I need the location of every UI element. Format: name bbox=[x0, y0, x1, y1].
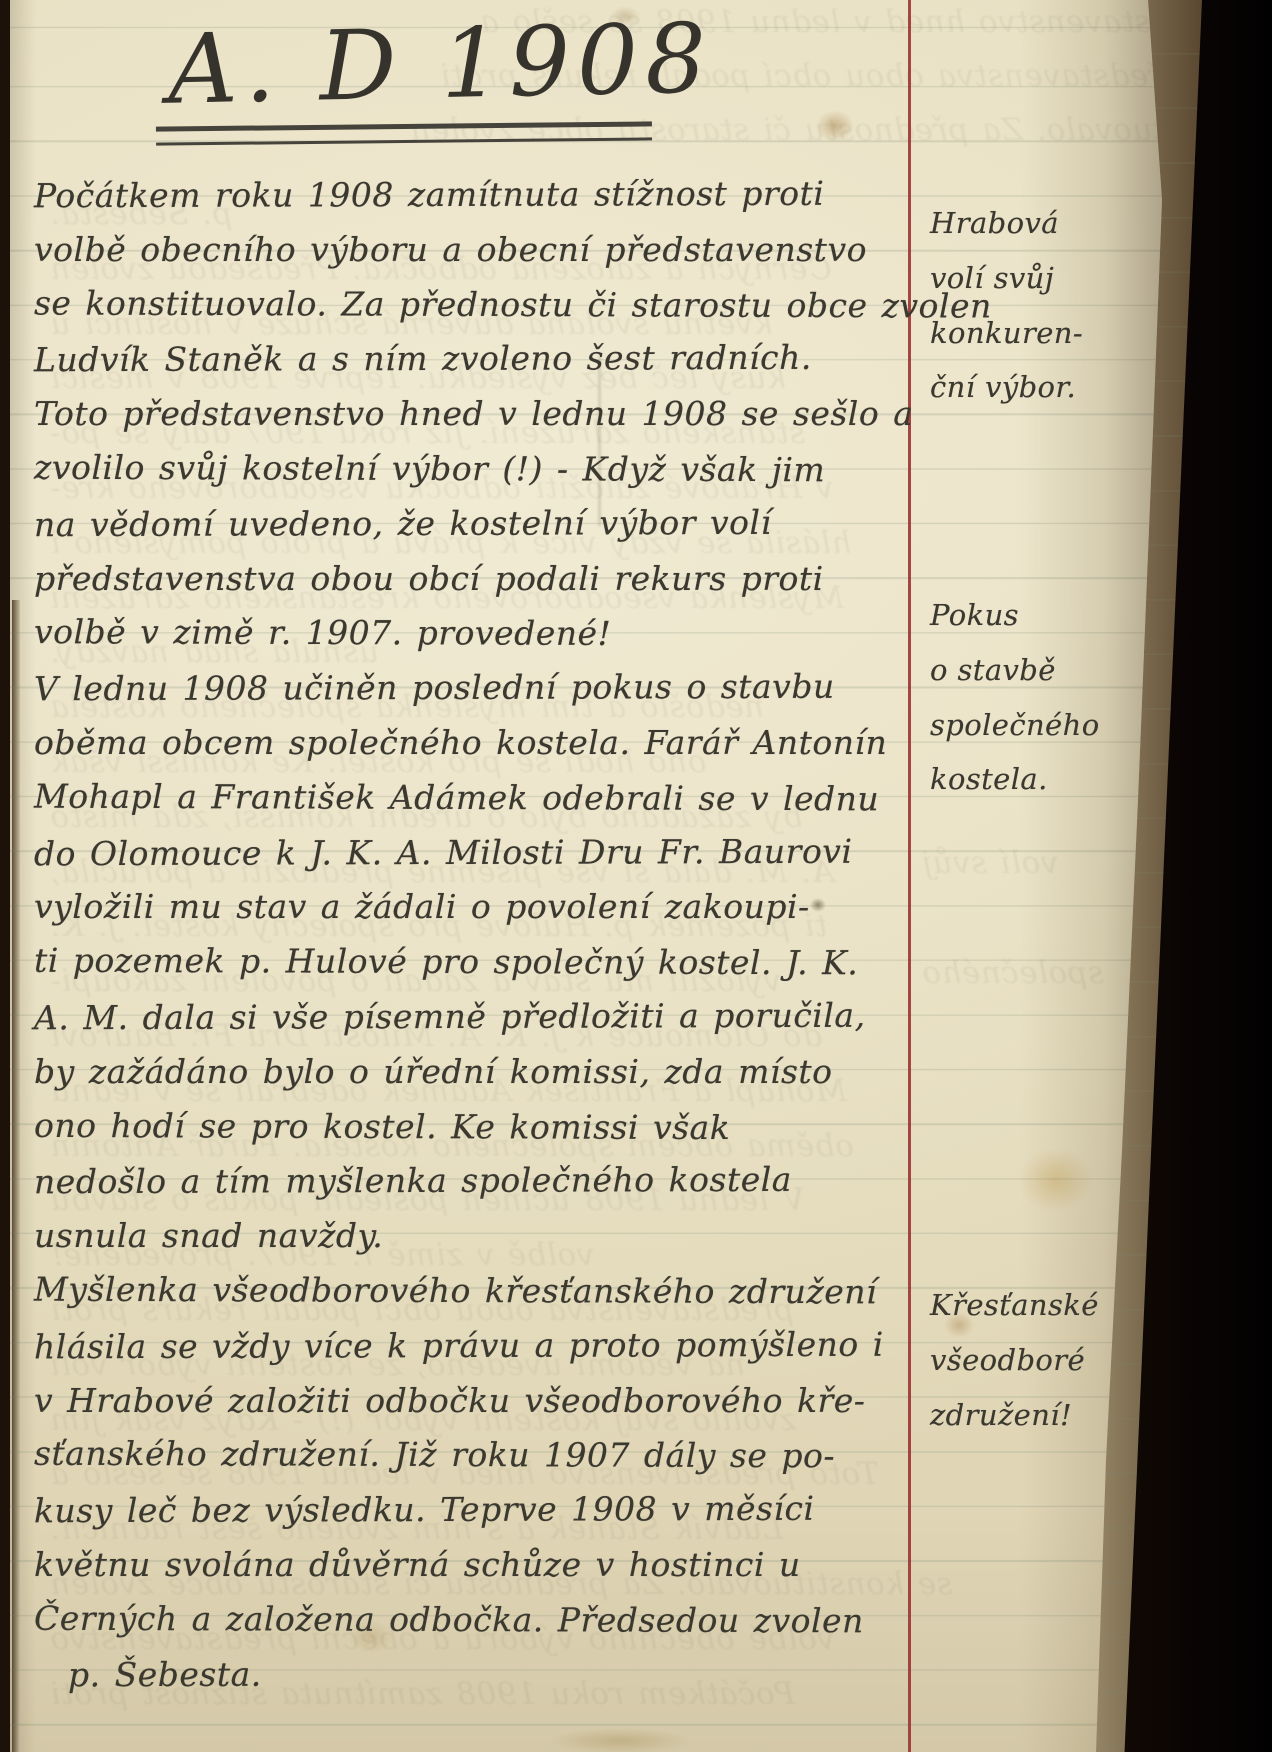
margin-note-line: združení! bbox=[930, 1388, 1072, 1443]
margin-note: Pokuso stavběspolečnéhokostela. bbox=[930, 588, 1160, 807]
manuscript-line: se konstituovalo. Za přednostu či staros… bbox=[34, 276, 992, 334]
chronicle-page: Toto představenstvo hned v lednu 1908 se… bbox=[10, 0, 1172, 1752]
scanned-chronicle-page: Toto představenstvo hned v lednu 1908 se… bbox=[0, 0, 1272, 1752]
margin-note-line: o stavbě bbox=[930, 643, 1056, 698]
margin-note-line: kostela. bbox=[930, 752, 1048, 807]
manuscript-line: oběma obcem společného kostela. Farář An… bbox=[34, 716, 887, 771]
manuscript-line: Ludvík Staněk a s ním zvoleno šest radní… bbox=[34, 331, 812, 388]
margin-note-line: společného bbox=[930, 698, 1100, 753]
manuscript-line: nedošlo a tím myšlenka společného kostel… bbox=[34, 1153, 792, 1210]
manuscript-line: zvolilo svůj kostelní výbor (!) - Když v… bbox=[34, 441, 825, 498]
manuscript-line: by zažádáno bylo o úřední komissi, zda m… bbox=[34, 1045, 833, 1100]
binding-shadow bbox=[10, 0, 36, 1752]
manuscript-line: V lednu 1908 učiněn poslední pokus o sta… bbox=[34, 660, 835, 717]
manuscript-line: volbě obecního výboru a obecní představe… bbox=[34, 223, 867, 278]
manuscript-line: Myšlenka všeodborového křesťanského zdru… bbox=[34, 1263, 877, 1320]
margin-note-line: Hrabová bbox=[930, 196, 1059, 251]
manuscript-line: p. Šebesta. bbox=[68, 1647, 262, 1702]
manuscript-line: Mohapl a František Adámek odebrali se v … bbox=[34, 769, 879, 826]
manuscript-line: do Olomouce k J. K. A. Milosti Dru Fr. B… bbox=[34, 824, 853, 881]
margin-note-line: ční výbor. bbox=[930, 360, 1076, 415]
margin-note-line: konkuren- bbox=[930, 306, 1083, 361]
manuscript-line: hlásila se vždy více k právu a proto pom… bbox=[34, 1317, 884, 1374]
margin-note-line: volí svůj bbox=[930, 251, 1054, 306]
margin-note-line: Křesťanské bbox=[930, 1278, 1099, 1333]
page-title: A. D 1908 bbox=[167, 2, 714, 125]
manuscript-line: Toto představenstvo hned v lednu 1908 se… bbox=[34, 387, 913, 442]
manuscript-line: vyložili mu stav a žádali o povolení zak… bbox=[34, 880, 810, 935]
margin-note-line: Pokus bbox=[930, 588, 1019, 643]
manuscript-line: volbě v zimě r. 1907. provedené! bbox=[34, 605, 611, 662]
manuscript-line: ti pozemek p. Hulové pro společný kostel… bbox=[34, 934, 858, 991]
page-title-text: A. D 1908 bbox=[167, 2, 714, 125]
manuscript-line: usnula snad navždy. bbox=[34, 1209, 383, 1264]
manuscript-line: Počátkem roku 1908 zamítnuta stížnost pr… bbox=[34, 167, 825, 224]
manuscript-line: kusy leč bez výsledku. Teprve 1908 v měs… bbox=[34, 1482, 815, 1539]
manuscript-line: sťanského združení. Již roku 1907 dály s… bbox=[34, 1427, 835, 1484]
manuscript-line: A. M. dala si vše písemně předložiti a p… bbox=[34, 989, 866, 1046]
manuscript-line: představenstva obou obcí podali rekurs p… bbox=[34, 552, 824, 607]
manuscript-line: na vědomí uvedeno, že kostelní výbor vol… bbox=[34, 496, 772, 553]
margin-note: Hrabovávolí svůjkonkuren-ční výbor. bbox=[930, 196, 1160, 415]
margin-note-line: všeodboré bbox=[930, 1333, 1085, 1388]
manuscript-line: Černých a založena odbočka. Předsedou zv… bbox=[34, 1591, 864, 1648]
manuscript-line: ono hodí se pro kostel. Ke komissi však bbox=[34, 1099, 730, 1156]
manuscript-line: květnu svolána důvěrná schůze v hostinci… bbox=[34, 1538, 801, 1593]
manuscript-body: Počátkem roku 1908 zamítnuta stížnost pr… bbox=[34, 168, 919, 1728]
manuscript-line: v Hrabové založiti odbočku všeodborového… bbox=[34, 1374, 865, 1429]
